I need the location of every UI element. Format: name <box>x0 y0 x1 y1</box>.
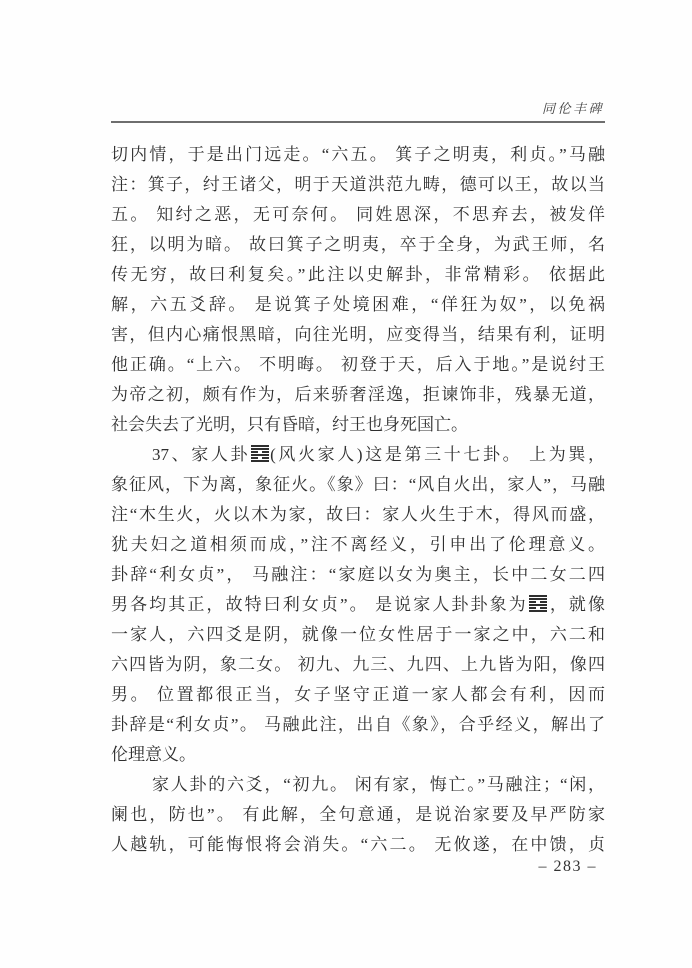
text-line: 五。 知纣之恶，无可奈何。 同姓恩深，不思弃去，被发佯 <box>111 200 605 230</box>
text-line: 卦辞“利女贞”， 马融注：“家庭以女为奥主，长中二女二四 <box>111 560 605 590</box>
text-line: 卦辞是“利女贞”。 马融此注，出自《象》，合乎经义，解出了 <box>111 710 605 740</box>
text-line: 象征风，下为离，象征火。《象》曰：“风自火出，家人”，马融 <box>111 470 605 500</box>
hexagram-37-family-icon <box>251 445 269 462</box>
running-header: 同伦丰碑 <box>542 98 604 117</box>
page-number: – 283 – <box>539 858 598 876</box>
header-rule <box>111 121 605 123</box>
text-line: 社会失去了光明，只有昏暗，纣王也身死国亡。 <box>111 410 605 440</box>
text-line: 男各均其正，故特曰利女贞”。 是说家人卦卦象为，就像 <box>111 590 605 620</box>
text-line: 人越轨，可能悔恨将会消失。“六二。 无攸遂，在中馈，贞 <box>111 830 605 860</box>
text-line: 阑也，防也”。 有此解，全句意通，是说治家要及早严防家 <box>111 800 605 830</box>
text-line: 切内情，于是出门远走。“六五。 箕子之明夷，利贞。”马融 <box>111 140 605 170</box>
text-line: 37、家人卦(风火家人)这是第三十七卦。 上为巽， <box>111 440 605 470</box>
text-line: 男。 位置都很正当，女子坚守正道一家人都会有利，因而 <box>111 680 605 710</box>
book-page: 同伦丰碑 切内情，于是出门远走。“六五。 箕子之明夷，利贞。”马融注：箕子，纣王… <box>0 0 692 968</box>
body-text: 切内情，于是出门远走。“六五。 箕子之明夷，利贞。”马融注：箕子，纣王诸父，明于… <box>111 140 605 860</box>
text-line: 他正确。“上六。 不明晦。 初登于天，后入于地。”是说纣王 <box>111 350 605 380</box>
text-line: 六四皆为阴，象二女。 初九、九三、九四、上九皆为阳，像四 <box>111 650 605 680</box>
text-line: 伦理意义。 <box>111 740 605 770</box>
text-line: 为帝之初，颇有作为，后来骄奢淫逸，拒谏饰非，残暴无道， <box>111 380 605 410</box>
text-line: 一家人，六四爻是阴，就像一位女性居于一家之中，六二和 <box>111 620 605 650</box>
text-line: 注：箕子，纣王诸父，明于天道洪范九畴，德可以王，故以当 <box>111 170 605 200</box>
text-line: 解，六五爻辞。 是说箕子处境困难，“佯狂为奴”，以免祸 <box>111 290 605 320</box>
text-line: 犹夫妇之道相须而成，”注不离经义，引申出了伦理意义。 <box>111 530 605 560</box>
text-line: 家人卦的六爻，“初九。 闲有家，悔亡。”马融注；“闲， <box>111 770 605 800</box>
text-line: 注“木生火，火以木为家，故曰：家人火生于木，得风而盛， <box>111 500 605 530</box>
text-line: 害，但内心痛恨黑暗，向往光明，应变得当，结果有利，证明 <box>111 320 605 350</box>
text-line: 传无穷，故曰利复矣。”此注以史解卦，非常精彩。 依据此 <box>111 260 605 290</box>
hexagram-37-family-icon <box>529 595 547 612</box>
text-line: 狂，以明为暗。 故曰箕子之明夷，卒于全身，为武王师，名 <box>111 230 605 260</box>
